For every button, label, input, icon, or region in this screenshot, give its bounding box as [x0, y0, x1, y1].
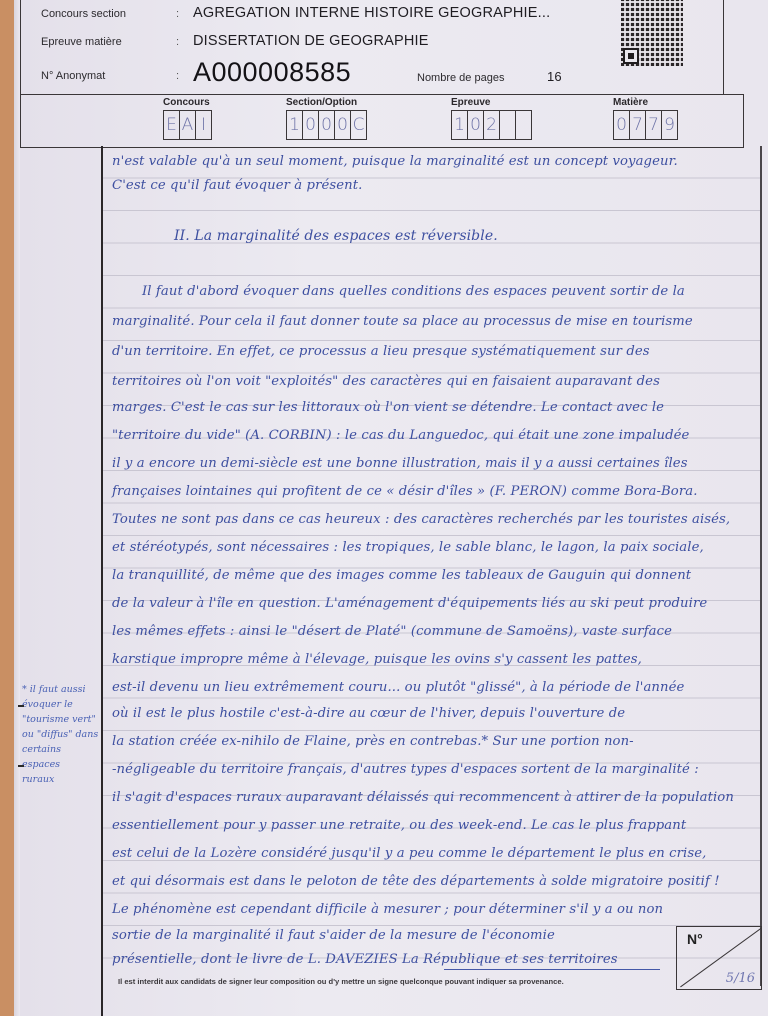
code-cell[interactable] — [516, 110, 532, 140]
concours-code-label: Concours — [163, 97, 212, 110]
handwritten-line: essentiellement pour y passer une retrai… — [112, 818, 686, 833]
code-cell[interactable]: 7 — [646, 110, 662, 140]
colon: : — [176, 8, 179, 20]
handwritten-line: est-il devenu un lieu extrêmement couru.… — [112, 680, 684, 695]
margin-note-line: "tourisme vert" — [22, 712, 100, 727]
margin-note-line: évoquer le — [22, 697, 100, 712]
margin-tick — [18, 765, 24, 767]
code-cell[interactable]: 0 — [303, 110, 319, 140]
margin-note-line: * il faut aussi — [22, 682, 100, 697]
concours-section-value: AGREGATION INTERNE HISTOIRE GEOGRAPHIE..… — [193, 5, 550, 21]
code-cell[interactable]: 0 — [468, 110, 484, 140]
handwritten-line: et qui désormais est dans le peloton de … — [112, 874, 720, 889]
handwritten-line: karstique impropre même à l'élevage, pui… — [112, 652, 642, 667]
concours-section-label: Concours section — [41, 8, 126, 20]
page-number-box: N° 5/16 — [676, 926, 762, 990]
anonymat-value: A000008585 — [193, 57, 351, 88]
code-cell[interactable]: 0 — [613, 110, 630, 140]
exam-sheet: Concours section : AGREGATION INTERNE HI… — [14, 0, 768, 1016]
handwritten-line: -négligeable du territoire français, d'a… — [112, 762, 699, 777]
matiere-code-cells: 0 7 7 9 — [613, 110, 678, 140]
code-cell[interactable]: 9 — [662, 110, 678, 140]
epreuve-code-group: Epreuve 1 0 2 — [451, 97, 532, 140]
code-cell[interactable]: 2 — [484, 110, 500, 140]
nombre-pages-value: 16 — [547, 69, 562, 84]
book-title-underline — [444, 969, 660, 970]
matiere-code-label: Matière — [613, 97, 678, 110]
handwritten-line: de la valeur à l'île en question. L'amén… — [112, 596, 707, 611]
qr-code-icon — [621, 0, 683, 66]
handwritten-line: où il est le plus hostile c'est-à-dire a… — [112, 706, 625, 721]
margin-note-line: certains espaces — [22, 742, 100, 772]
section-code-label: Section/Option — [286, 97, 367, 110]
handwritten-line: les mêmes effets : ainsi le "désert de P… — [112, 624, 672, 639]
code-cell[interactable] — [500, 110, 516, 140]
handwritten-line: territoires où l'on voit "exploités" des… — [112, 374, 660, 389]
section-code-group: Section/Option 1 0 0 0 C — [286, 97, 367, 140]
section-heading: II. La marginalité des espaces est réver… — [174, 228, 498, 244]
handwritten-line: il y a encore un demi-siècle est une bon… — [112, 456, 688, 471]
handwritten-line: Toutes ne sont pas dans ce cas heureux :… — [112, 512, 730, 527]
handwritten-line: il s'agit d'espaces ruraux auparavant dé… — [112, 790, 734, 805]
right-border-line — [760, 146, 762, 986]
margin-note-line: ou "diffus" dans — [22, 727, 100, 742]
footer-warning: Il est interdit aux candidats de signer … — [118, 977, 564, 986]
page-number-label: N° — [687, 931, 703, 947]
handwritten-line: n'est valable qu'à un seul moment, puisq… — [112, 154, 678, 169]
code-cell[interactable]: 1 — [286, 110, 303, 140]
epreuve-code-cells: 1 0 2 — [451, 110, 532, 140]
concours-code-group: Concours E A I — [163, 97, 212, 140]
epreuve-matiere-label: Epreuve matière — [41, 36, 122, 48]
handwritten-line: marginalité. Pour cela il faut donner to… — [112, 314, 693, 329]
code-cell[interactable]: C — [351, 110, 367, 140]
margin-note: * il faut aussi évoquer le "tourisme ver… — [22, 682, 100, 787]
handwritten-line: est celui de la Lozère considéré jusqu'i… — [112, 846, 706, 861]
header-block: Concours section : AGREGATION INTERNE HI… — [20, 0, 724, 95]
epreuve-code-label: Epreuve — [451, 97, 532, 110]
code-cell[interactable]: 0 — [319, 110, 335, 140]
margin-note-line: ruraux — [22, 772, 100, 787]
handwritten-line: sortie de la marginalité il faut s'aider… — [112, 928, 555, 943]
handwritten-line: C'est ce qu'il faut évoquer à présent. — [112, 178, 362, 193]
nombre-pages-label: Nombre de pages — [417, 72, 504, 84]
colon: : — [176, 36, 179, 48]
margin-tick — [18, 705, 24, 707]
handwritten-line: marges. C'est le cas sur les littoraux o… — [112, 400, 664, 415]
qr-finder-pattern — [623, 48, 639, 64]
epreuve-matiere-value: DISSERTATION DE GEOGRAPHIE — [193, 33, 429, 49]
handwritten-line: d'un territoire. En effet, ce processus … — [112, 344, 650, 359]
colon: : — [176, 70, 179, 82]
codes-row: Concours E A I Section/Option 1 0 0 0 C … — [20, 94, 744, 148]
concours-code-cells: E A I — [163, 110, 212, 140]
margin-line — [101, 146, 103, 1016]
code-cell[interactable]: A — [180, 110, 196, 140]
handwritten-line: et stéréotypés, sont nécessaires : les t… — [112, 540, 704, 555]
handwritten-line: Il faut d'abord évoquer dans quelles con… — [142, 284, 685, 299]
code-cell[interactable]: 0 — [335, 110, 351, 140]
handwritten-line: présentielle, dont le livre de L. DAVEZI… — [112, 952, 618, 967]
anonymat-label: N° Anonymat — [41, 70, 105, 82]
handwritten-line: Le phénomène est cependant difficile à m… — [112, 902, 663, 917]
code-cell[interactable]: I — [196, 110, 212, 140]
handwritten-line: la tranquillité, de même que des images … — [112, 568, 691, 583]
code-cell[interactable]: 7 — [630, 110, 646, 140]
matiere-code-group: Matière 0 7 7 9 — [613, 97, 678, 140]
ruled-lines — [103, 146, 760, 966]
section-code-cells: 1 0 0 0 C — [286, 110, 367, 140]
page-number-value: 5/16 — [726, 971, 755, 986]
code-cell[interactable]: E — [163, 110, 180, 140]
code-cell[interactable]: 1 — [451, 110, 468, 140]
handwritten-line: françaises lointaines qui profitent de c… — [112, 484, 698, 499]
handwritten-line: "territoire du vide" (A. CORBIN) : le ca… — [112, 428, 689, 443]
handwritten-line: la station créée ex-nihilo de Flaine, pr… — [112, 734, 634, 749]
